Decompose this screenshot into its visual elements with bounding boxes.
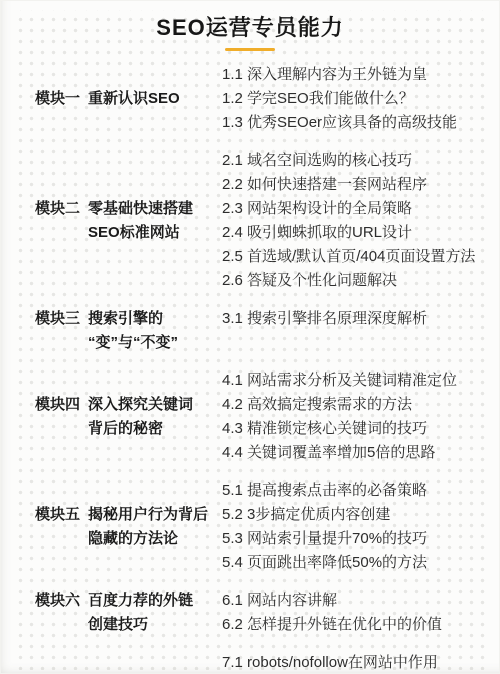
module-item: 2.4 吸引蜘蛛抓取的URL设计 [222, 221, 500, 245]
module-row-1: 模块一 重新认识SEO 1.1 深入理解内容为王外链为皇 1.2 学完SEO我们… [0, 63, 500, 135]
module-name-line2: SEO标准网站 [88, 221, 193, 245]
module-7-items: 7.1 robots/nofollow在网站中作用 [222, 651, 500, 674]
module-item: 4.4 关键词覆盖率增加5倍的思路 [222, 441, 500, 465]
module-5-items: 5.1 提高搜索点击率的必备策略 5.2 3步搞定优质内容创建 5.3 网站索引… [222, 479, 500, 575]
module-name-line1: 重新认识SEO [88, 87, 180, 111]
module-name: 百度力荐的外链 创建技巧 [88, 589, 193, 637]
module-3-items: 3.1 搜索引擎排名原理深度解析 [222, 307, 500, 331]
module-row-2: 模块二 零基础快速搭建 SEO标准网站 2.1 域名空间选购的核心技巧 2.2 … [0, 149, 500, 293]
poster-content: SEO运营专员能力 模块一 重新认识SEO 1.1 深入理解内容为王外链为皇 1… [0, 0, 500, 674]
module-name-line1: 零基础快速搭建 [88, 197, 193, 221]
module-id: 模块二 [35, 197, 80, 245]
module-item: 6.1 网站内容讲解 [222, 589, 500, 613]
page-title: SEO运营专员能力 [0, 14, 500, 42]
module-name-line1: 深入探究关键词 [88, 393, 193, 417]
module-list: 模块一 重新认识SEO 1.1 深入理解内容为王外链为皇 1.2 学完SEO我们… [0, 63, 500, 674]
module-name-line2: 创建技巧 [88, 613, 193, 637]
module-name-line1: 揭秘用户行为背后 [88, 503, 208, 527]
module-row-3: 模块三 搜索引擎的 “变”与“不变” 3.1 搜索引擎排名原理深度解析 [0, 307, 500, 355]
module-row-5: 模块五 揭秘用户行为背后 隐藏的方法论 5.1 提高搜索点击率的必备策略 5.2… [0, 479, 500, 575]
module-2-items: 2.1 域名空间选购的核心技巧 2.2 如何快速搭建一套网站程序 2.3 网站架… [222, 149, 500, 293]
module-name: 零基础快速搭建 SEO标准网站 [88, 197, 193, 245]
title-accent-underline [225, 48, 275, 51]
module-id: 模块四 [35, 393, 80, 441]
module-item: 2.2 如何快速搭建一套网站程序 [222, 173, 500, 197]
module-item: 2.3 网站架构设计的全局策略 [222, 197, 500, 221]
module-item: 2.5 首选域/默认首页/404页面设置方法 [222, 245, 500, 269]
module-item: 5.4 页面跳出率降低50%的方法 [222, 551, 500, 575]
module-6-items: 6.1 网站内容讲解 6.2 怎样提升外链在优化中的价值 [222, 589, 500, 637]
module-item: 1.1 深入理解内容为王外链为皇 [222, 63, 500, 87]
module-name-line1: 搜索引擎的 [88, 307, 178, 331]
module-item: 2.6 答疑及个性化问题解决 [222, 269, 500, 293]
module-item: 4.3 精准锁定核心关键词的技巧 [222, 417, 500, 441]
module-6-label: 模块六 百度力荐的外链 创建技巧 [0, 589, 222, 637]
module-1-label: 模块一 重新认识SEO [0, 87, 222, 111]
module-item: 4.1 网站需求分析及关键词精准定位 [222, 369, 500, 393]
module-item: 5.2 3步搞定优质内容创建 [222, 503, 500, 527]
module-name-line1: 百度力荐的外链 [88, 589, 193, 613]
module-3-label: 模块三 搜索引擎的 “变”与“不变” [0, 307, 222, 355]
module-id: 模块一 [35, 87, 80, 111]
module-5-label: 模块五 揭秘用户行为背后 隐藏的方法论 [0, 503, 222, 551]
module-name: 重新认识SEO [88, 87, 180, 111]
module-item: 5.1 提高搜索点击率的必备策略 [222, 479, 500, 503]
module-name: 搜索引擎的 “变”与“不变” [88, 307, 178, 355]
module-row-7: 7.1 robots/nofollow在网站中作用 [0, 651, 500, 674]
module-row-4: 模块四 深入探究关键词 背后的秘密 4.1 网站需求分析及关键词精准定位 4.2… [0, 369, 500, 465]
module-2-label: 模块二 零基础快速搭建 SEO标准网站 [0, 197, 222, 245]
module-name: 深入探究关键词 背后的秘密 [88, 393, 193, 441]
module-item: 5.3 网站索引量提升70%的技巧 [222, 527, 500, 551]
module-name: 揭秘用户行为背后 隐藏的方法论 [88, 503, 208, 551]
module-item: 1.2 学完SEO我们能做什么？ [222, 87, 500, 111]
module-id: 模块六 [35, 589, 80, 637]
module-1-items: 1.1 深入理解内容为王外链为皇 1.2 学完SEO我们能做什么？ 1.3 优秀… [222, 63, 500, 135]
module-item: 2.1 域名空间选购的核心技巧 [222, 149, 500, 173]
module-item: 3.1 搜索引擎排名原理深度解析 [222, 307, 500, 331]
module-name-line2: 背后的秘密 [88, 417, 193, 441]
module-item: 1.3 优秀SEOer应该具备的高级技能 [222, 111, 500, 135]
module-id: 模块五 [35, 503, 80, 551]
module-row-6: 模块六 百度力荐的外链 创建技巧 6.1 网站内容讲解 6.2 怎样提升外链在优… [0, 589, 500, 637]
module-item: 4.2 高效搞定搜索需求的方法 [222, 393, 500, 417]
module-name-line2: 隐藏的方法论 [88, 527, 208, 551]
module-name-line2: “变”与“不变” [88, 331, 178, 355]
module-item: 6.2 怎样提升外链在优化中的价值 [222, 613, 500, 637]
module-item: 7.1 robots/nofollow在网站中作用 [222, 651, 500, 674]
module-4-label: 模块四 深入探究关键词 背后的秘密 [0, 393, 222, 441]
module-id: 模块三 [35, 307, 80, 355]
module-4-items: 4.1 网站需求分析及关键词精准定位 4.2 高效搞定搜索需求的方法 4.3 精… [222, 369, 500, 465]
